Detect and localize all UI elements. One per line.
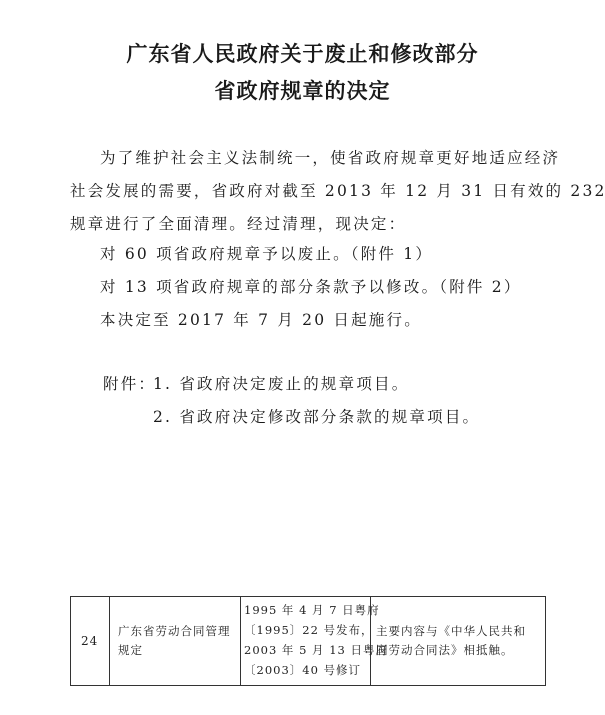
paragraph-line-1: 为了维护社会主义法制统一，使省政府规章更好地适应经济 [100, 146, 560, 168]
regulation-name-line-2: 规定 [118, 641, 143, 660]
row-number: 24 [81, 632, 98, 651]
reason-line-1: 主要内容与《中华人民共和 [376, 622, 526, 641]
reason-line-2: 国劳动合同法》相抵触。 [376, 641, 514, 660]
paragraph-line-2: 社会发展的需要，省政府对截至 2013 年 12 月 31 日有效的 232 项 [70, 179, 605, 201]
paragraph-line-4: 对 60 项省政府规章予以废止。（附件 1） [100, 242, 433, 264]
regulation-name-line-1: 广东省劳动合同管理 [118, 622, 231, 641]
regulation-table: 24 广东省劳动合同管理 规定 1995 年 4 月 7 日粤府 〔1995〕2… [70, 596, 546, 686]
history-line-4: 〔2003〕40 号修订 [244, 661, 361, 680]
attachment-item-1: 1. 省政府决定废止的规章项目。 [153, 372, 409, 394]
attachment-item-2: 2. 省政府决定修改部分条款的规章项目。 [153, 405, 480, 427]
column-divider [109, 597, 110, 685]
attachments-label: 附件： [103, 372, 156, 394]
document-title-line-1: 广东省人民政府关于废止和修改部分 [0, 38, 605, 68]
history-line-1: 1995 年 4 月 7 日粤府 [244, 601, 380, 620]
paragraph-line-3: 规章进行了全面清理。经过清理，现决定： [70, 212, 406, 234]
document-title-line-2: 省政府规章的决定 [0, 75, 605, 105]
column-divider [240, 597, 241, 685]
history-line-3: 2003 年 5 月 13 日粤府 [244, 641, 388, 660]
paragraph-line-6: 本决定至 2017 年 7 月 20 日起施行。 [100, 308, 422, 330]
paragraph-line-5: 对 13 项省政府规章的部分条款予以修改。（附件 2） [100, 275, 522, 297]
history-line-2: 〔1995〕22 号发布， [244, 621, 374, 640]
